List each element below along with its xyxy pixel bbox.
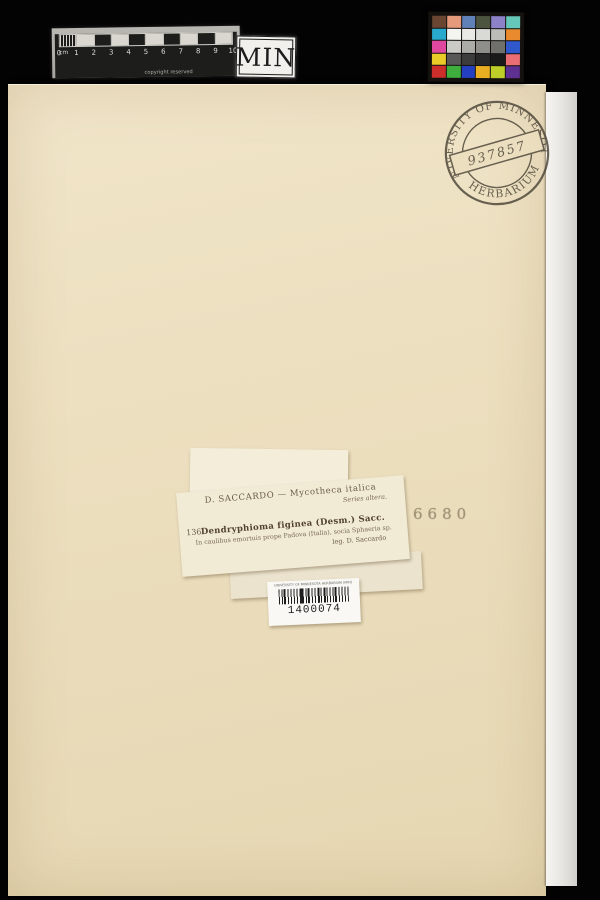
institution-code-card: MIN <box>236 35 297 78</box>
color-patch <box>476 41 490 53</box>
ruler-tick-3: 3 <box>109 48 114 56</box>
scale-bar-cells <box>59 32 233 47</box>
ruler-tick-4: 4 <box>126 48 131 56</box>
color-patch <box>491 54 505 66</box>
ruler-tick-0: 0 <box>57 49 62 57</box>
color-patch <box>491 66 505 78</box>
color-patch <box>462 54 476 66</box>
color-patch <box>506 67 520 79</box>
ruler-cm-cell <box>77 35 94 46</box>
ruler-cm-cell <box>129 34 146 45</box>
color-patch <box>491 41 505 53</box>
color-patch <box>447 54 461 66</box>
color-patch <box>506 29 520 41</box>
institution-code: MIN <box>236 42 297 72</box>
color-patch <box>447 28 461 40</box>
color-patch <box>462 41 476 53</box>
color-patch <box>447 66 461 78</box>
barcode-bars <box>278 586 349 604</box>
color-patch <box>462 16 476 28</box>
color-patch <box>506 41 520 53</box>
ruler-cm-cell <box>198 33 215 44</box>
color-patch <box>476 54 490 66</box>
color-patch <box>476 66 490 78</box>
barcode-header: UNIVERSITY OF MINNESOTA HERBARIUM (MIN) <box>274 580 352 586</box>
color-patch <box>432 41 446 53</box>
exsiccata-label: D. SACCARDO — Mycotheca italica Series a… <box>176 475 410 577</box>
ruler-tick-2: 2 <box>92 49 97 57</box>
herbarium-stamp: UNIVERSITY OF MINNESOTA HERBARIUM 937857 <box>438 92 556 214</box>
ruler-tick-9: 9 <box>213 47 218 55</box>
ruler-cm-cell <box>60 35 77 46</box>
barcode-number: 1400074 <box>288 603 342 617</box>
color-patch <box>432 66 446 78</box>
ruler-tick-7: 7 <box>179 47 184 55</box>
scale-bar: cm 012345678910 copyright reserved <box>52 26 241 79</box>
ruler-cm-cell <box>215 33 231 44</box>
exsiccata-number: 136 <box>186 527 202 537</box>
ruler-cm-cell <box>146 34 163 45</box>
color-checker-grid <box>432 16 520 79</box>
ruler-cm-cell <box>181 33 198 44</box>
color-patch <box>477 16 491 28</box>
color-patch <box>477 29 491 41</box>
color-patch <box>447 41 461 53</box>
color-patch <box>432 28 446 40</box>
color-patch <box>462 28 476 40</box>
color-patch <box>506 54 520 66</box>
barcode-label: UNIVERSITY OF MINNESOTA HERBARIUM (MIN) … <box>267 578 361 626</box>
color-patch <box>432 16 446 28</box>
ruler-tick-6: 6 <box>161 48 166 56</box>
color-patch <box>447 16 461 28</box>
ruler-cm-cell <box>94 34 111 45</box>
ruler-cm-cell <box>164 34 181 45</box>
ruler-tick-1: 1 <box>74 49 79 57</box>
ruler-tick-8: 8 <box>196 47 201 55</box>
ruler-tick-5: 5 <box>144 48 149 56</box>
color-patch <box>506 16 520 28</box>
color-patch <box>491 29 505 41</box>
scale-bar-ticks: cm 012345678910 <box>59 47 233 67</box>
color-patch <box>491 16 505 28</box>
ruler-cm-cell <box>112 34 129 45</box>
color-patch <box>461 66 475 78</box>
sheet-annotation-number: 6680 <box>413 505 471 523</box>
color-calibration-target <box>428 12 524 83</box>
color-patch <box>432 53 446 65</box>
scale-bar-copyright: copyright reserved <box>144 69 192 76</box>
scale-bar-body: cm 012345678910 copyright reserved <box>55 32 238 79</box>
